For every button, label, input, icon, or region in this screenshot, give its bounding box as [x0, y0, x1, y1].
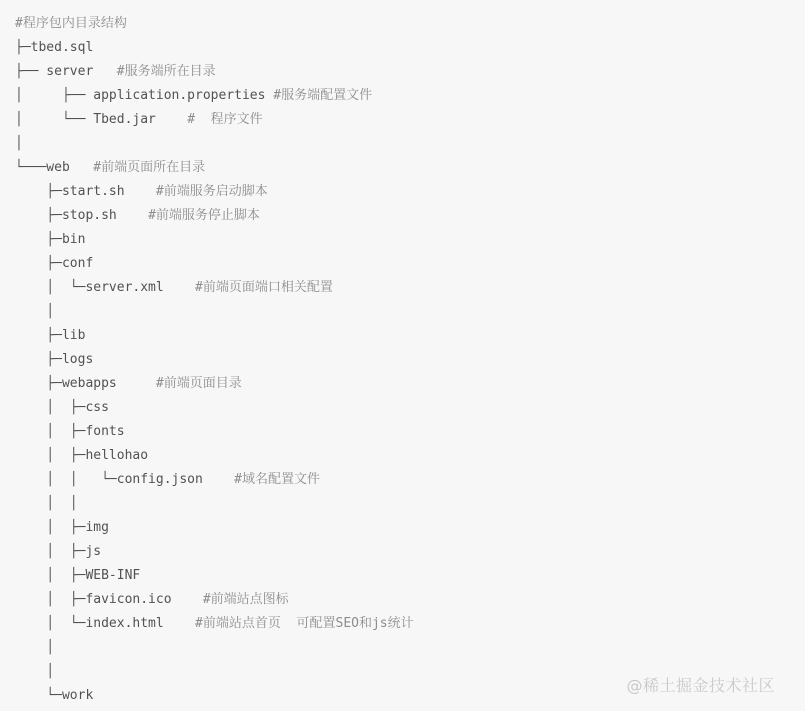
tree-line-code: │ ├── application.properties: [15, 88, 273, 103]
tree-line-code: │ ├─css: [15, 400, 109, 415]
tree-line: │: [15, 636, 805, 660]
tree-line-comment: #前端站点图标: [203, 592, 289, 607]
tree-line-comment: #前端页面目录: [156, 376, 242, 391]
tree-line-code: ├─logs: [15, 352, 93, 367]
tree-line: ├─conf: [15, 252, 805, 276]
tree-line-code: │ │ └─config.json: [15, 472, 234, 487]
tree-line: ├─logs: [15, 348, 805, 372]
tree-line-code: │: [15, 640, 54, 655]
tree-line: ├─webapps #前端页面目录: [15, 372, 805, 396]
tree-line-comment: #程序包内目录结构: [15, 16, 127, 31]
tree-line-code: └─work: [15, 688, 93, 703]
tree-line: │ ├─WEB-INF: [15, 564, 805, 588]
tree-line-comment: # 程序文件: [187, 112, 262, 127]
tree-line: │ ├─favicon.ico #前端站点图标: [15, 588, 805, 612]
tree-line: │ │ └─config.json #域名配置文件: [15, 468, 805, 492]
tree-line-code: ├── server: [15, 64, 117, 79]
tree-line-code: │: [15, 136, 23, 151]
tree-line-code: ├─start.sh: [15, 184, 156, 199]
tree-line: ├─tbed.sql: [15, 36, 805, 60]
tree-line: │ ├─css: [15, 396, 805, 420]
tree-line-comment: #域名配置文件: [234, 472, 320, 487]
tree-line: │: [15, 132, 805, 156]
tree-line-code: ├─stop.sh: [15, 208, 148, 223]
tree-line-code: │: [15, 664, 54, 679]
tree-line-comment: #前端站点首页 可配置SEO和js统计: [195, 616, 414, 631]
tree-line-code: │ ├─img: [15, 520, 109, 535]
tree-line-code: ├─tbed.sql: [15, 40, 93, 55]
tree-line-code: ├─conf: [15, 256, 93, 271]
tree-line: │ ├─hellohao: [15, 444, 805, 468]
tree-line: ├─lib: [15, 324, 805, 348]
tree-line-code: │ ├─hellohao: [15, 448, 148, 463]
tree-line: │ ├─img: [15, 516, 805, 540]
tree-line-code: └───web: [15, 160, 93, 175]
tree-line-comment: #前端服务停止脚本: [148, 208, 260, 223]
tree-line: │ ├─js: [15, 540, 805, 564]
tree-line-code: │ ├─favicon.ico: [15, 592, 203, 607]
tree-line-code: │ └── Tbed.jar: [15, 112, 187, 127]
tree-line-code: │ ├─js: [15, 544, 101, 559]
tree-line-comment: #服务端所在目录: [117, 64, 216, 79]
tree-line-code: │ └─index.html: [15, 616, 195, 631]
tree-line-comment: #前端服务启动脚本: [156, 184, 268, 199]
tree-line: │ │: [15, 492, 805, 516]
tree-line-code: │: [15, 304, 54, 319]
juejin-watermark: @稀土掘金技术社区: [626, 673, 775, 696]
tree-line-code: ├─bin: [15, 232, 85, 247]
tree-line: #程序包内目录结构: [15, 12, 805, 36]
tree-line-code: ├─webapps: [15, 376, 156, 391]
tree-line-comment: #服务端配置文件: [273, 88, 372, 103]
tree-line: │ └─server.xml #前端页面端口相关配置: [15, 276, 805, 300]
tree-line: ├── server #服务端所在目录: [15, 60, 805, 84]
tree-line-code: ├─lib: [15, 328, 85, 343]
tree-line: │: [15, 300, 805, 324]
tree-line-comment: #前端页面所在目录: [93, 160, 205, 175]
tree-line: │ └─index.html #前端站点首页 可配置SEO和js统计: [15, 612, 805, 636]
tree-line: │ └── Tbed.jar # 程序文件: [15, 108, 805, 132]
tree-line-code: │ │: [15, 496, 78, 511]
tree-line: ├─start.sh #前端服务启动脚本: [15, 180, 805, 204]
tree-line-code: │ ├─WEB-INF: [15, 568, 140, 583]
tree-line: │ ├── application.properties #服务端配置文件: [15, 84, 805, 108]
tree-line-code: │ └─server.xml: [15, 280, 195, 295]
tree-line: └───web #前端页面所在目录: [15, 156, 805, 180]
article-code-screenshot: #程序包内目录结构├─tbed.sql├── server #服务端所在目录│ …: [0, 0, 805, 711]
tree-line-comment: #前端页面端口相关配置: [195, 280, 333, 295]
tree-line: │ ├─fonts: [15, 420, 805, 444]
directory-tree: #程序包内目录结构├─tbed.sql├── server #服务端所在目录│ …: [0, 0, 805, 708]
tree-line: ├─stop.sh #前端服务停止脚本: [15, 204, 805, 228]
tree-line: ├─bin: [15, 228, 805, 252]
tree-line-code: │ ├─fonts: [15, 424, 125, 439]
